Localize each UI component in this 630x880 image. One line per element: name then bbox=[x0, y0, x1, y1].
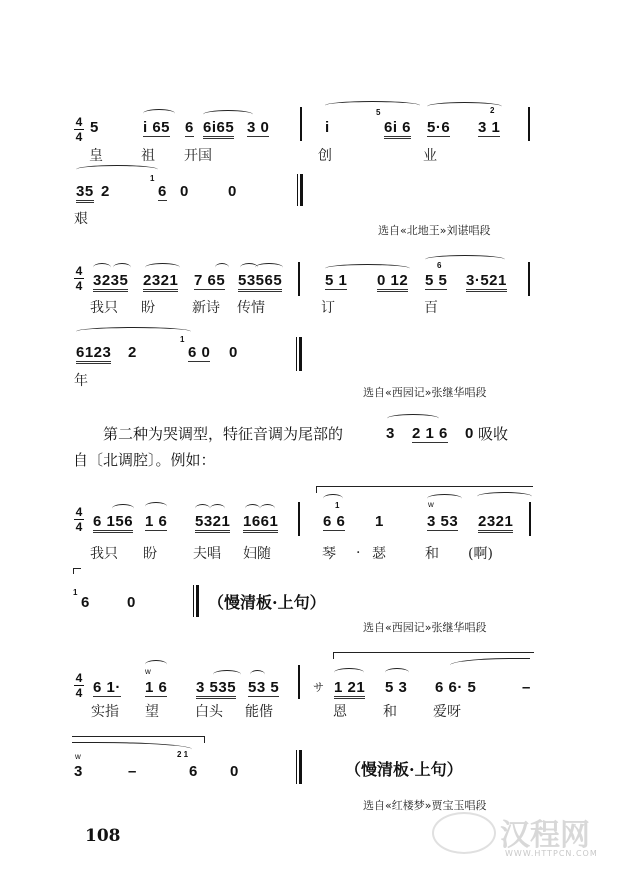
slur bbox=[76, 165, 158, 174]
slur bbox=[145, 263, 180, 272]
lyric: 我只 bbox=[90, 297, 118, 317]
source-caption: 选自«红楼梦»贾宝玉唱段 bbox=[363, 797, 486, 813]
note-group: 3235 bbox=[93, 272, 128, 292]
slur bbox=[250, 670, 265, 679]
watermark-brand: 汉程网 bbox=[500, 810, 590, 854]
note-group: 0 12 bbox=[377, 272, 408, 292]
source-caption: 选自«西园记»张继华唱段 bbox=[363, 619, 486, 635]
slur bbox=[387, 414, 439, 423]
note-group: 5 5 bbox=[425, 272, 447, 290]
page-number: 108 bbox=[85, 826, 121, 846]
note-group: 6i 6 bbox=[384, 119, 411, 139]
barline bbox=[298, 502, 300, 536]
note-group: 2321 bbox=[478, 513, 513, 533]
note-group: 1661 bbox=[243, 513, 278, 533]
slur bbox=[112, 504, 134, 513]
barline bbox=[528, 262, 530, 296]
note-group: 1 6 bbox=[145, 513, 167, 531]
slur bbox=[255, 263, 283, 272]
note-group: 53 5 bbox=[248, 679, 279, 697]
slur bbox=[450, 658, 530, 667]
slur bbox=[477, 492, 532, 501]
lyric: 实指 bbox=[91, 701, 119, 721]
lyric: 恩 bbox=[333, 701, 347, 721]
lyric: 瑟 bbox=[372, 543, 386, 563]
grace-note: 5 bbox=[376, 108, 380, 117]
lyric: 年 bbox=[74, 370, 88, 390]
lyric: 和 bbox=[425, 543, 439, 563]
body-text: 第二种为哭调型，特征音调为尾部的 bbox=[103, 423, 343, 444]
note-group: 1 21 bbox=[334, 679, 365, 699]
time-signature: 4 4 bbox=[74, 265, 84, 292]
barline bbox=[298, 665, 300, 699]
note-group: 35 bbox=[76, 183, 94, 203]
slur bbox=[245, 504, 260, 513]
body-text: 吸收 bbox=[478, 423, 508, 444]
note-group: 6 6 bbox=[323, 513, 345, 531]
note-group: 5321 bbox=[195, 513, 230, 533]
note-group: 5·6 bbox=[427, 119, 450, 137]
note-group: 6 6· 5 bbox=[435, 679, 476, 696]
time-signature: 4 4 bbox=[74, 116, 84, 143]
slur bbox=[143, 109, 175, 118]
lyric: 盼 bbox=[141, 297, 155, 317]
grace-note: 1 bbox=[335, 501, 339, 510]
lyric: . bbox=[356, 541, 360, 557]
note-group: 6123 bbox=[76, 344, 111, 364]
dash: – bbox=[128, 763, 137, 780]
mordent-ornament: w bbox=[75, 752, 81, 761]
dash: – bbox=[522, 679, 531, 696]
barline bbox=[528, 107, 530, 141]
note-group: 3 535 bbox=[196, 679, 236, 699]
note: 0 bbox=[180, 183, 189, 200]
lyric: 望 bbox=[145, 701, 159, 721]
note-group: 6 bbox=[185, 119, 194, 137]
note: 0 bbox=[228, 183, 237, 200]
final-barline bbox=[296, 337, 302, 371]
slur bbox=[385, 668, 409, 677]
lyric: 祖 bbox=[141, 145, 155, 165]
lyric: 新诗 bbox=[192, 297, 220, 317]
grace-note: 6 bbox=[437, 261, 441, 270]
slur bbox=[323, 494, 343, 503]
note: 3 bbox=[74, 763, 83, 780]
lyric: 百 bbox=[424, 297, 438, 317]
grace-note: 1 bbox=[180, 335, 184, 344]
slur bbox=[210, 504, 225, 513]
slur bbox=[325, 101, 420, 110]
note-group: 5 3 bbox=[385, 679, 407, 696]
note-group: i 65 bbox=[143, 119, 170, 137]
mordent-ornament: w bbox=[428, 500, 434, 509]
note-group: 2321 bbox=[143, 272, 178, 292]
note-group: 3 0 bbox=[247, 119, 269, 137]
note-group: 3·521 bbox=[466, 272, 507, 292]
note: 5 bbox=[90, 119, 99, 136]
note-group: 1 6 bbox=[145, 679, 167, 697]
lyric: 皇 bbox=[89, 145, 103, 165]
note: i bbox=[325, 119, 330, 136]
free-meter-mark: サ bbox=[313, 679, 325, 695]
slur bbox=[203, 110, 253, 119]
grace-note: 2 1 bbox=[177, 750, 188, 759]
motif-note: 0 bbox=[465, 425, 474, 442]
slur bbox=[145, 502, 167, 511]
slur bbox=[334, 668, 364, 677]
time-signature: 4 4 bbox=[74, 506, 84, 533]
lyric: 盼 bbox=[143, 543, 157, 563]
lyric: 能偕 bbox=[245, 701, 273, 721]
motif-notes: 2 1 6 bbox=[412, 425, 448, 443]
lyric: 和 bbox=[383, 701, 397, 721]
slur bbox=[195, 504, 210, 513]
lyric: 我只 bbox=[90, 543, 118, 563]
note: 6 bbox=[189, 763, 198, 780]
lyric: 妇随 bbox=[243, 543, 271, 563]
note-group: 6i65 bbox=[203, 119, 234, 139]
note: 0 bbox=[229, 344, 238, 361]
tempo-marking: （慢清板·上句） bbox=[208, 590, 326, 613]
lyric: 订 bbox=[321, 297, 335, 317]
note: 2 bbox=[101, 183, 110, 200]
watermark-logo-icon bbox=[432, 812, 496, 854]
body-text: 自〔北调腔〕。例如： bbox=[73, 449, 216, 470]
slur bbox=[215, 263, 229, 272]
final-barline bbox=[296, 750, 302, 784]
note-group: 6 0 bbox=[188, 344, 210, 362]
tempo-marking: （慢清板·上句） bbox=[345, 757, 463, 780]
note: 6 bbox=[81, 594, 90, 611]
lyric: 夫唱 bbox=[193, 543, 221, 563]
mordent-ornament: w bbox=[145, 667, 151, 676]
motif-note: 3 bbox=[386, 425, 395, 442]
note-group: 5 1 bbox=[325, 272, 347, 290]
note: 0 bbox=[127, 594, 136, 611]
note-group: 6 1· bbox=[93, 679, 121, 697]
lyric: 爱呀 bbox=[433, 701, 461, 721]
bracket-mark bbox=[73, 568, 81, 574]
lyric: (啊) bbox=[468, 543, 493, 563]
lyric: 创 bbox=[318, 145, 332, 165]
slur bbox=[93, 263, 111, 272]
slur bbox=[72, 742, 192, 751]
slur bbox=[76, 327, 191, 336]
note-group: 3 1 bbox=[478, 119, 500, 137]
note-group: 6 156 bbox=[93, 513, 133, 533]
lyric: 艰 bbox=[74, 208, 88, 228]
slur bbox=[213, 670, 241, 679]
barline bbox=[298, 262, 300, 296]
lyric: 开国 bbox=[184, 145, 212, 165]
source-caption: 选自«西园记»张继华唱段 bbox=[363, 384, 486, 400]
lyric: 琴 bbox=[322, 543, 336, 563]
note: 0 bbox=[230, 763, 239, 780]
lyric: 业 bbox=[423, 145, 437, 165]
note: 2 bbox=[128, 344, 137, 361]
time-signature: 4 4 bbox=[74, 672, 84, 699]
note-group: 53565 bbox=[238, 272, 282, 292]
final-barline bbox=[297, 174, 303, 206]
note-group: 7 65 bbox=[194, 272, 225, 290]
slur bbox=[113, 263, 131, 272]
slur bbox=[260, 504, 275, 513]
final-barline bbox=[193, 585, 199, 617]
note: 6 bbox=[158, 183, 167, 201]
grace-note: 1 bbox=[150, 174, 154, 183]
note-group: 3 53 bbox=[427, 513, 458, 531]
barline bbox=[529, 502, 531, 536]
grace-note: 1 bbox=[73, 588, 77, 597]
barline bbox=[300, 107, 302, 141]
lyric: 传情 bbox=[237, 297, 265, 317]
lyric: 白头 bbox=[195, 701, 223, 721]
source-caption: 选自«北地王»刘谌唱段 bbox=[378, 222, 490, 238]
note: 1 bbox=[375, 513, 384, 530]
grace-note: 2 bbox=[490, 106, 494, 115]
watermark-url: WWW.HTTPCN.COM bbox=[505, 849, 598, 858]
